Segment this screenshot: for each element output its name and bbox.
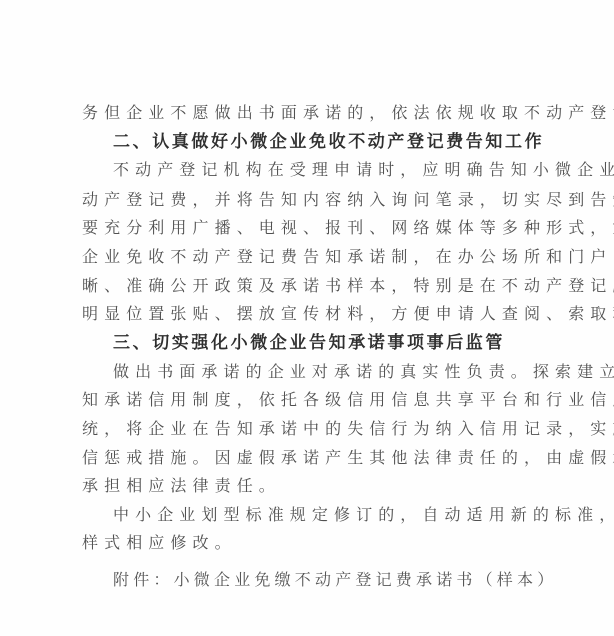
body-line: 承担相应法律责任。 [82, 472, 552, 500]
paragraph-start-line: 中小企业划型标准规定修订的，自动适用新的标准，承诺书 [113, 501, 583, 529]
body-line: 样式相应修改。 [82, 529, 552, 557]
body-line: 信惩戒措施。因虚假承诺产生其他法律责任的，由虚假承诺企业 [82, 444, 552, 472]
attachment-line: 附件：小微企业免缴不动产登记费承诺书（样本） [113, 566, 583, 594]
body-line: 要充分利用广播、电视、报刊、网络媒体等多种形式，宣传小微 [82, 214, 552, 242]
section-heading-2: 二、认真做好小微企业免收不动产登记费告知工作 [113, 128, 583, 156]
paragraph-start-line: 做出书面承诺的企业对承诺的真实性负责。探索建立企业告 [113, 358, 583, 386]
body-line: 晰、准确公开政策及承诺书样本，特别是在不动产登记服务大厅 [82, 272, 552, 300]
paragraph-start-line: 不动产登记机构在受理申请时，应明确告知小微企业免收不 [113, 156, 583, 184]
body-line: 知承诺信用制度，依托各级信用信息共享平台和行业信用信息系 [82, 386, 552, 414]
body-line: 明显位置张贴、摆放宣传材料，方便申请人查阅、索取和下载。 [82, 300, 552, 328]
document-page: 务但企业不愿做出书面承诺的，依法依规收取不动产登记费。 二、认真做好小微企业免收… [0, 0, 614, 636]
body-line: 务但企业不愿做出书面承诺的，依法依规收取不动产登记费。 [82, 99, 552, 127]
body-line: 企业免收不动产登记费告知承诺制，在办公场所和门户网站清 [82, 243, 552, 271]
body-line: 统，将企业在告知承诺中的失信行为纳入信用记录，实施相应失 [82, 415, 552, 443]
section-heading-3: 三、切实强化小微企业告知承诺事项事后监管 [113, 329, 583, 357]
body-line: 动产登记费，并将告知内容纳入询问笔录，切实尽到告知义务。 [82, 186, 552, 214]
